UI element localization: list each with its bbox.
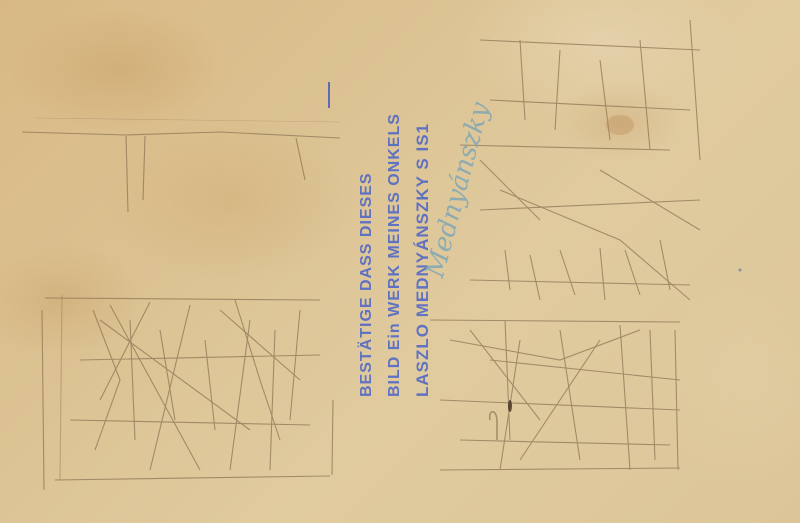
top-right-sketch: [460, 20, 700, 300]
blue-ink-mark: [328, 82, 330, 108]
bottom-right-sketch: [430, 320, 680, 470]
bottom-left-sketch: [42, 295, 333, 490]
top-left-frame: [22, 132, 340, 138]
stamp-line-2: BILD Ein WERK MEINES ONKELS: [381, 127, 409, 397]
aged-paper-photo: BESTÄTIGE DASS DIESES BILD Ein WERK MEIN…: [0, 0, 800, 523]
stamp-line-1: BESTÄTIGE DASS DIESES: [353, 127, 381, 397]
